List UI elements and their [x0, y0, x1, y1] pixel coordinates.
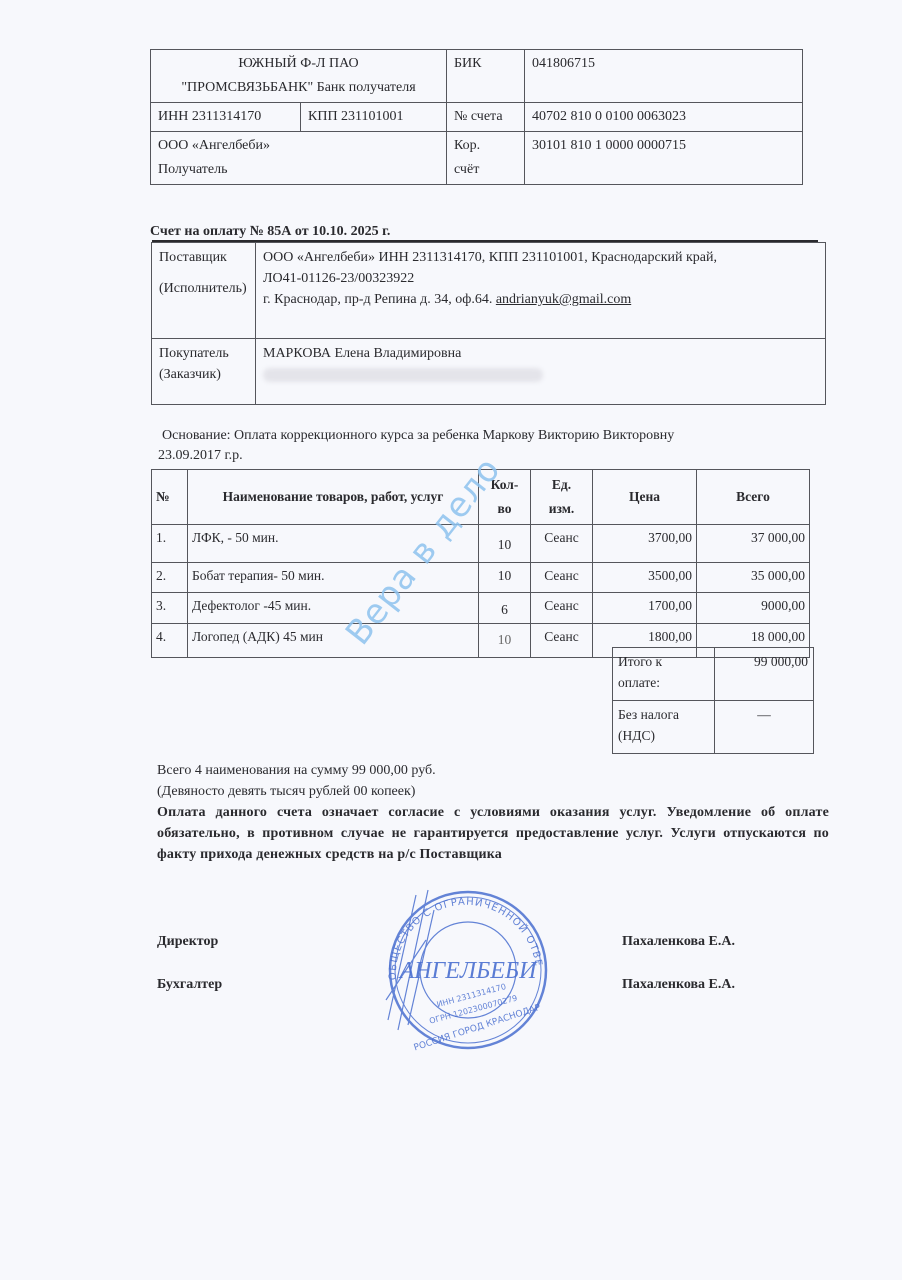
total-label: Итого коплате:: [613, 648, 715, 701]
totals-table: Итого коплате: 99 000,00 Без налога(НДС)…: [612, 647, 814, 754]
supplier-label: Поставщик (Исполнитель): [152, 243, 256, 339]
director-name: Пахаленкова Е.А.: [622, 934, 735, 950]
bik-label: БИК: [447, 50, 525, 103]
tax-value: —: [715, 701, 814, 754]
col-unit: Ед.изм.: [531, 470, 593, 525]
row-unit: Сеанс: [531, 593, 593, 624]
supplier-details: ООО «Ангелбеби» ИНН 2311314170, КПП 2311…: [256, 243, 826, 339]
row-qty: 6: [479, 593, 531, 624]
bank-name-line2: "ПРОМСВЯЗЬБАНК" Банк получателя: [158, 76, 439, 100]
row-num: 3.: [152, 593, 188, 624]
tax-row: Без налога(НДС) —: [613, 701, 814, 754]
buyer-details: МАРКОВА Елена Владимировна: [256, 339, 826, 405]
invoice-summary: Всего 4 наименования на сумму 99 000,00 …: [157, 760, 829, 865]
accountant-name: Пахаленкова Е.А.: [622, 977, 735, 993]
account-label: № счета: [447, 103, 525, 132]
tax-label-line2: (НДС): [618, 725, 709, 746]
supplier-label-line2: (Исполнитель): [159, 278, 248, 299]
buyer-label-line2: (Заказчик): [159, 364, 248, 385]
corr-account-value: 30101 810 1 0000 0000715: [525, 132, 803, 185]
table-row: 1. ЛФК, - 50 мин. 10 Сеанс 3700,00 37 00…: [152, 525, 810, 563]
parties-table: Поставщик (Исполнитель) ООО «Ангелбеби» …: [151, 242, 826, 405]
tax-label-line1: Без налога: [618, 704, 709, 725]
col-unit-line1: Ед.: [535, 473, 588, 497]
row-unit: Сеанс: [531, 525, 593, 563]
invoice-title: Счет на оплату № 85А от 10.10. 2025 г.: [150, 224, 390, 240]
row-num: 1.: [152, 525, 188, 563]
recipient-label: Получатель: [158, 158, 439, 182]
col-total: Всего: [697, 470, 810, 525]
redacted-buyer-info: [263, 368, 543, 382]
total-value: 99 000,00: [715, 648, 814, 701]
kpp-cell: КПП 231101001: [301, 103, 447, 132]
row-num: 4.: [152, 624, 188, 658]
buyer-label-line1: Покупатель: [159, 343, 248, 364]
summary-amount-words: (Девяносто девять тысяч рублей 00 копеек…: [157, 781, 829, 802]
row-unit: Сеанс: [531, 624, 593, 658]
supplier-line3: г. Краснодар, пр-д Репина д. 34, оф.64. …: [263, 289, 818, 310]
table-row: 2. Бобат терапия- 50 мин. 10 Сеанс 3500,…: [152, 563, 810, 593]
row-price: 3500,00: [593, 563, 697, 593]
row-name: Дефектолог -45 мин.: [188, 593, 479, 624]
col-unit-line2: изм.: [535, 497, 588, 521]
row-unit: Сеанс: [531, 563, 593, 593]
account-value: 40702 810 0 0100 0063023: [525, 103, 803, 132]
row-qty: 10: [479, 563, 531, 593]
director-label: Директор: [157, 934, 218, 950]
row-price: 3700,00: [593, 525, 697, 563]
payment-terms: Оплата данного счета означает согласие с…: [157, 802, 829, 865]
buyer-label: Покупатель (Заказчик): [152, 339, 256, 405]
total-label-line2: оплате:: [618, 672, 709, 693]
corr-label-line2: счёт: [454, 158, 517, 182]
supplier-line2: ЛО41-01126-23/00323922: [263, 268, 818, 289]
inn-cell: ИНН 2311314170: [151, 103, 301, 132]
supplier-address: г. Краснодар, пр-д Репина д. 34, оф.64.: [263, 292, 492, 307]
basis-line1: Основание: Оплата коррекционного курса з…: [162, 426, 802, 446]
corr-label-line1: Кор.: [454, 134, 517, 158]
total-row: Итого коплате: 99 000,00: [613, 648, 814, 701]
supplier-email-link[interactable]: andrianyuk@gmail.com: [496, 292, 631, 307]
table-row: 3. Дефектолог -45 мин. 6 Сеанс 1700,00 9…: [152, 593, 810, 624]
col-num: №: [152, 470, 188, 525]
stamp-center-text: АНГЕЛБЕБИ: [398, 958, 539, 984]
supplier-line1: ООО «Ангелбеби» ИНН 2311314170, КПП 2311…: [263, 247, 818, 268]
supplier-label-line1: Поставщик: [159, 247, 248, 268]
summary-total-line: Всего 4 наименования на сумму 99 000,00 …: [157, 760, 829, 781]
row-price: 1700,00: [593, 593, 697, 624]
row-qty: 10: [479, 624, 531, 658]
bik-value: 041806715: [525, 50, 803, 103]
row-name: Логопед (АДК) 45 мин: [188, 624, 479, 658]
corr-account-label: Кор. счёт: [447, 132, 525, 185]
recipient-name: ООО «Ангелбеби»: [158, 134, 439, 158]
accountant-label: Бухгалтер: [157, 977, 222, 993]
row-total: 35 000,00: [697, 563, 810, 593]
recipient-cell: ООО «Ангелбеби» Получатель: [151, 132, 447, 185]
buyer-name: МАРКОВА Елена Владимировна: [263, 343, 818, 364]
total-label-line1: Итого к: [618, 651, 709, 672]
bank-details-table: ЮЖНЫЙ Ф-Л ПАО "ПРОМСВЯЗЬБАНК" Банк получ…: [150, 49, 803, 185]
row-qty: 10: [479, 525, 531, 563]
col-qty-line2: во: [483, 497, 526, 521]
tax-label: Без налога(НДС): [613, 701, 715, 754]
row-total: 9000,00: [697, 593, 810, 624]
row-num: 2.: [152, 563, 188, 593]
row-total: 37 000,00: [697, 525, 810, 563]
company-stamp-icon: ОБЩЕСТВО С ОГРАНИЧЕННОЙ ОТВЕТСТВЕННОСТЬЮ…: [368, 880, 558, 1055]
bank-name-cell: ЮЖНЫЙ Ф-Л ПАО "ПРОМСВЯЗЬБАНК" Банк получ…: [151, 50, 447, 103]
bank-name-line1: ЮЖНЫЙ Ф-Л ПАО: [158, 52, 439, 76]
col-price: Цена: [593, 470, 697, 525]
